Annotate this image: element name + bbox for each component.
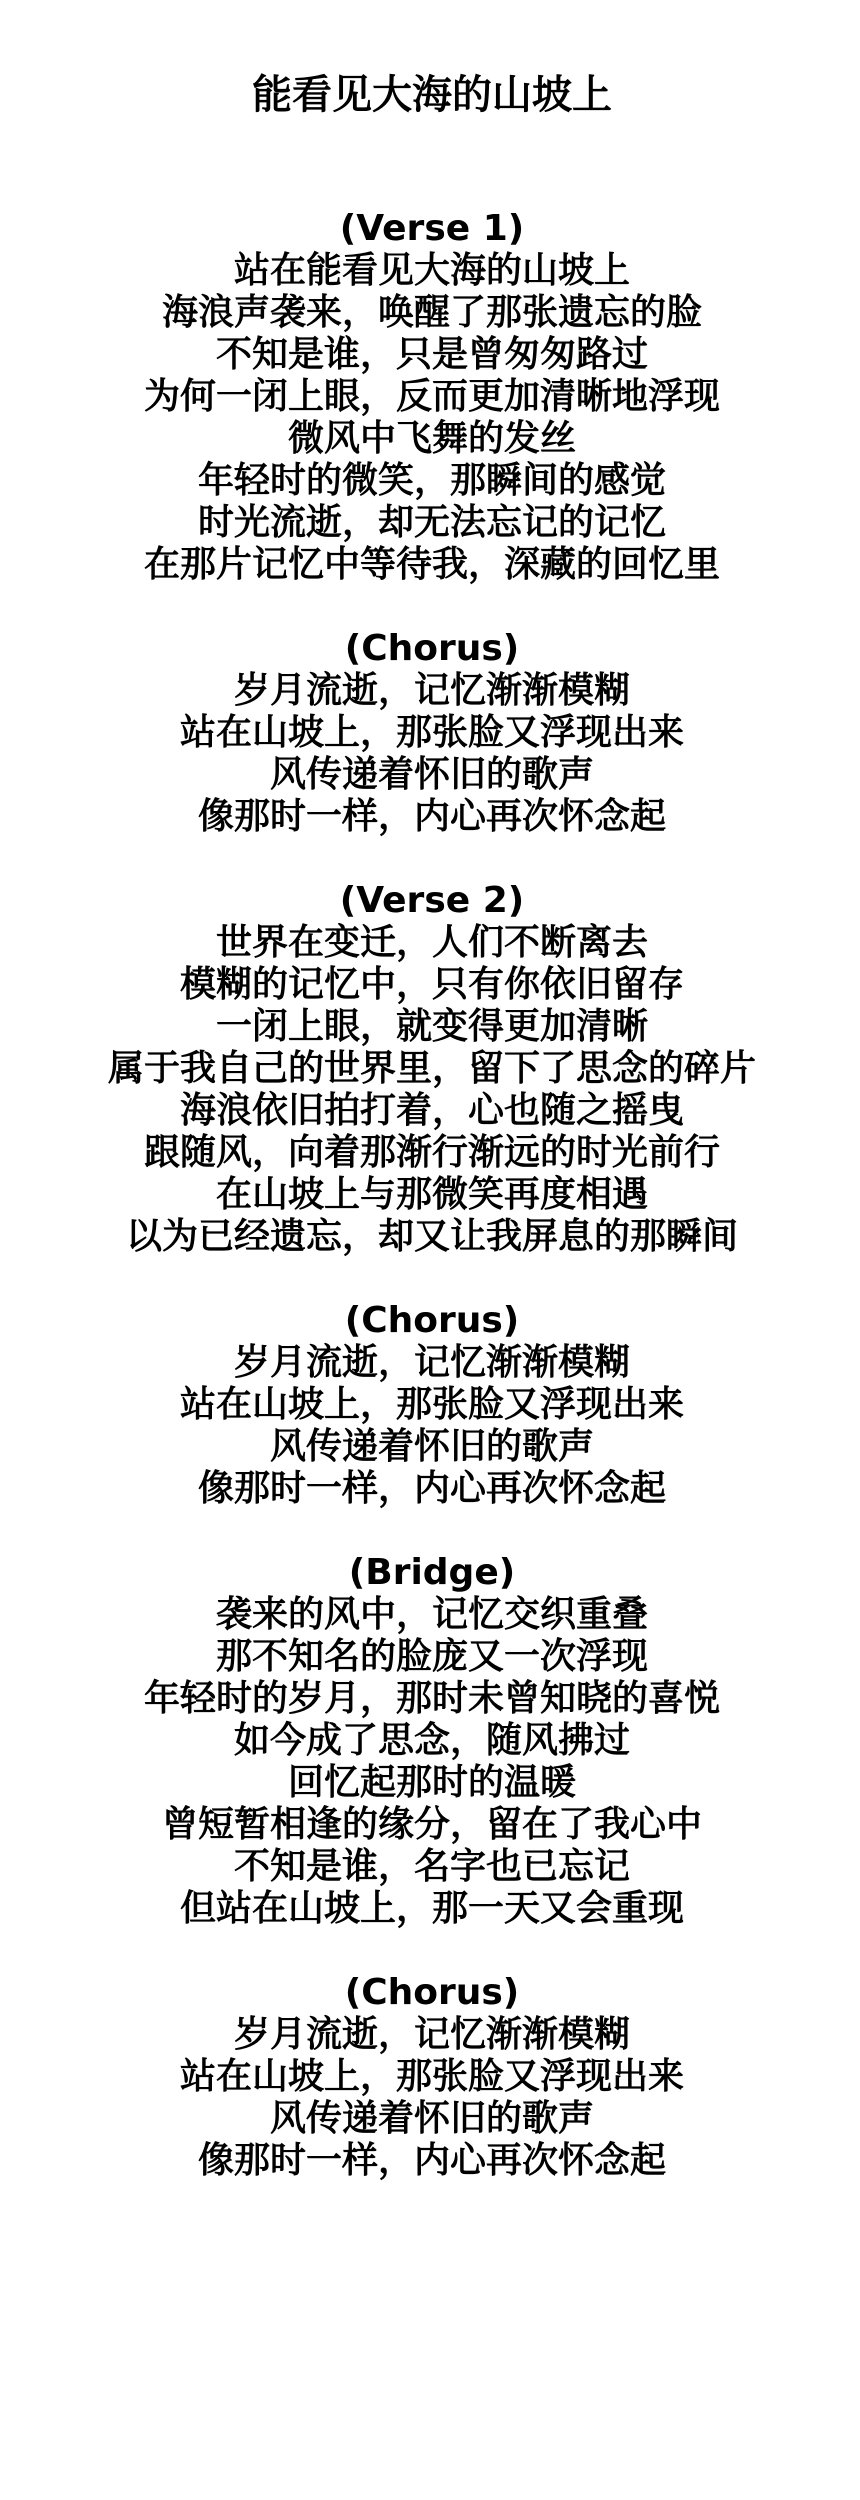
lyric-line: 海浪依旧拍打着，心也随之摇曳 xyxy=(12,1090,852,1132)
section-bridge: (Bridge) 袭来的风中，记忆交织重叠 那不知名的脸庞又一次浮现 年轻时的岁… xyxy=(12,1552,852,1930)
lyric-line: 像那时一样，内心再次怀念起 xyxy=(12,796,852,838)
section-label: (Verse 1) xyxy=(12,208,852,250)
lyric-line: 站在山坡上，那张脸又浮现出来 xyxy=(12,1384,852,1426)
lyric-line: 模糊的记忆中，只有你依旧留存 xyxy=(12,964,852,1006)
section-chorus-2: (Chorus) 岁月流逝，记忆渐渐模糊 站在山坡上，那张脸又浮现出来 风传递着… xyxy=(12,1300,852,1510)
lyric-line: 风传递着怀旧的歌声 xyxy=(12,1426,852,1468)
lyric-line: 年轻时的岁月，那时未曾知晓的喜悦 xyxy=(12,1678,852,1720)
lyric-line: 不知是谁，只是曾匆匆路过 xyxy=(12,334,852,376)
lyric-line: 微风中飞舞的发丝 xyxy=(12,418,852,460)
lyric-line: 以为已经遗忘，却又让我屏息的那瞬间 xyxy=(12,1216,852,1258)
lyrics-page: 能看见大海的山坡上 (Verse 1) 站在能看见大海的山坡上 海浪声袭来，唤醒… xyxy=(0,0,852,2182)
section-chorus-1: (Chorus) 岁月流逝，记忆渐渐模糊 站在山坡上，那张脸又浮现出来 风传递着… xyxy=(12,628,852,838)
lyric-line: 站在山坡上，那张脸又浮现出来 xyxy=(12,712,852,754)
lyric-line: 年轻时的微笑，那瞬间的感觉 xyxy=(12,460,852,502)
lyric-line: 岁月流逝，记忆渐渐模糊 xyxy=(12,2014,852,2056)
section-label: (Chorus) xyxy=(12,1300,852,1342)
lyric-line: 世界在变迁，人们不断离去 xyxy=(12,922,852,964)
lyric-line: 像那时一样，内心再次怀念起 xyxy=(12,1468,852,1510)
lyric-line: 在山坡上与那微笑再度相遇 xyxy=(12,1174,852,1216)
lyric-line: 属于我自己的世界里，留下了思念的碎片 xyxy=(12,1048,852,1090)
lyric-line: 海浪声袭来，唤醒了那张遗忘的脸 xyxy=(12,292,852,334)
section-verse-2: (Verse 2) 世界在变迁，人们不断离去 模糊的记忆中，只有你依旧留存 一闭… xyxy=(12,880,852,1258)
section-label: (Verse 2) xyxy=(12,880,852,922)
lyric-line: 站在山坡上，那张脸又浮现出来 xyxy=(12,2056,852,2098)
section-verse-1: (Verse 1) 站在能看见大海的山坡上 海浪声袭来，唤醒了那张遗忘的脸 不知… xyxy=(12,208,852,586)
lyric-line: 像那时一样，内心再次怀念起 xyxy=(12,2140,852,2182)
lyric-line: 袭来的风中，记忆交织重叠 xyxy=(12,1594,852,1636)
lyric-line: 风传递着怀旧的歌声 xyxy=(12,2098,852,2140)
lyric-line: 如今成了思念，随风拂过 xyxy=(12,1720,852,1762)
section-chorus-3: (Chorus) 岁月流逝，记忆渐渐模糊 站在山坡上，那张脸又浮现出来 风传递着… xyxy=(12,1972,852,2182)
lyric-line: 为何一闭上眼，反而更加清晰地浮现 xyxy=(12,376,852,418)
song-title: 能看见大海的山坡上 xyxy=(12,71,852,119)
lyric-line: 一闭上眼，就变得更加清晰 xyxy=(12,1006,852,1048)
section-label: (Chorus) xyxy=(12,1972,852,2014)
lyric-line: 岁月流逝，记忆渐渐模糊 xyxy=(12,670,852,712)
lyric-line: 在那片记忆中等待我，深藏的回忆里 xyxy=(12,544,852,586)
lyric-line: 那不知名的脸庞又一次浮现 xyxy=(12,1636,852,1678)
lyric-line: 站在能看见大海的山坡上 xyxy=(12,250,852,292)
section-label: (Bridge) xyxy=(12,1552,852,1594)
section-label: (Chorus) xyxy=(12,628,852,670)
lyric-line: 不知是谁，名字也已忘记 xyxy=(12,1846,852,1888)
lyric-line: 岁月流逝，记忆渐渐模糊 xyxy=(12,1342,852,1384)
lyric-line: 风传递着怀旧的歌声 xyxy=(12,754,852,796)
lyric-line: 曾短暂相逢的缘分，留在了我心中 xyxy=(12,1804,852,1846)
lyric-line: 回忆起那时的温暖 xyxy=(12,1762,852,1804)
lyric-line: 跟随风，向着那渐行渐远的时光前行 xyxy=(12,1132,852,1174)
lyric-line: 但站在山坡上，那一天又会重现 xyxy=(12,1888,852,1930)
lyric-line: 时光流逝，却无法忘记的记忆 xyxy=(12,502,852,544)
